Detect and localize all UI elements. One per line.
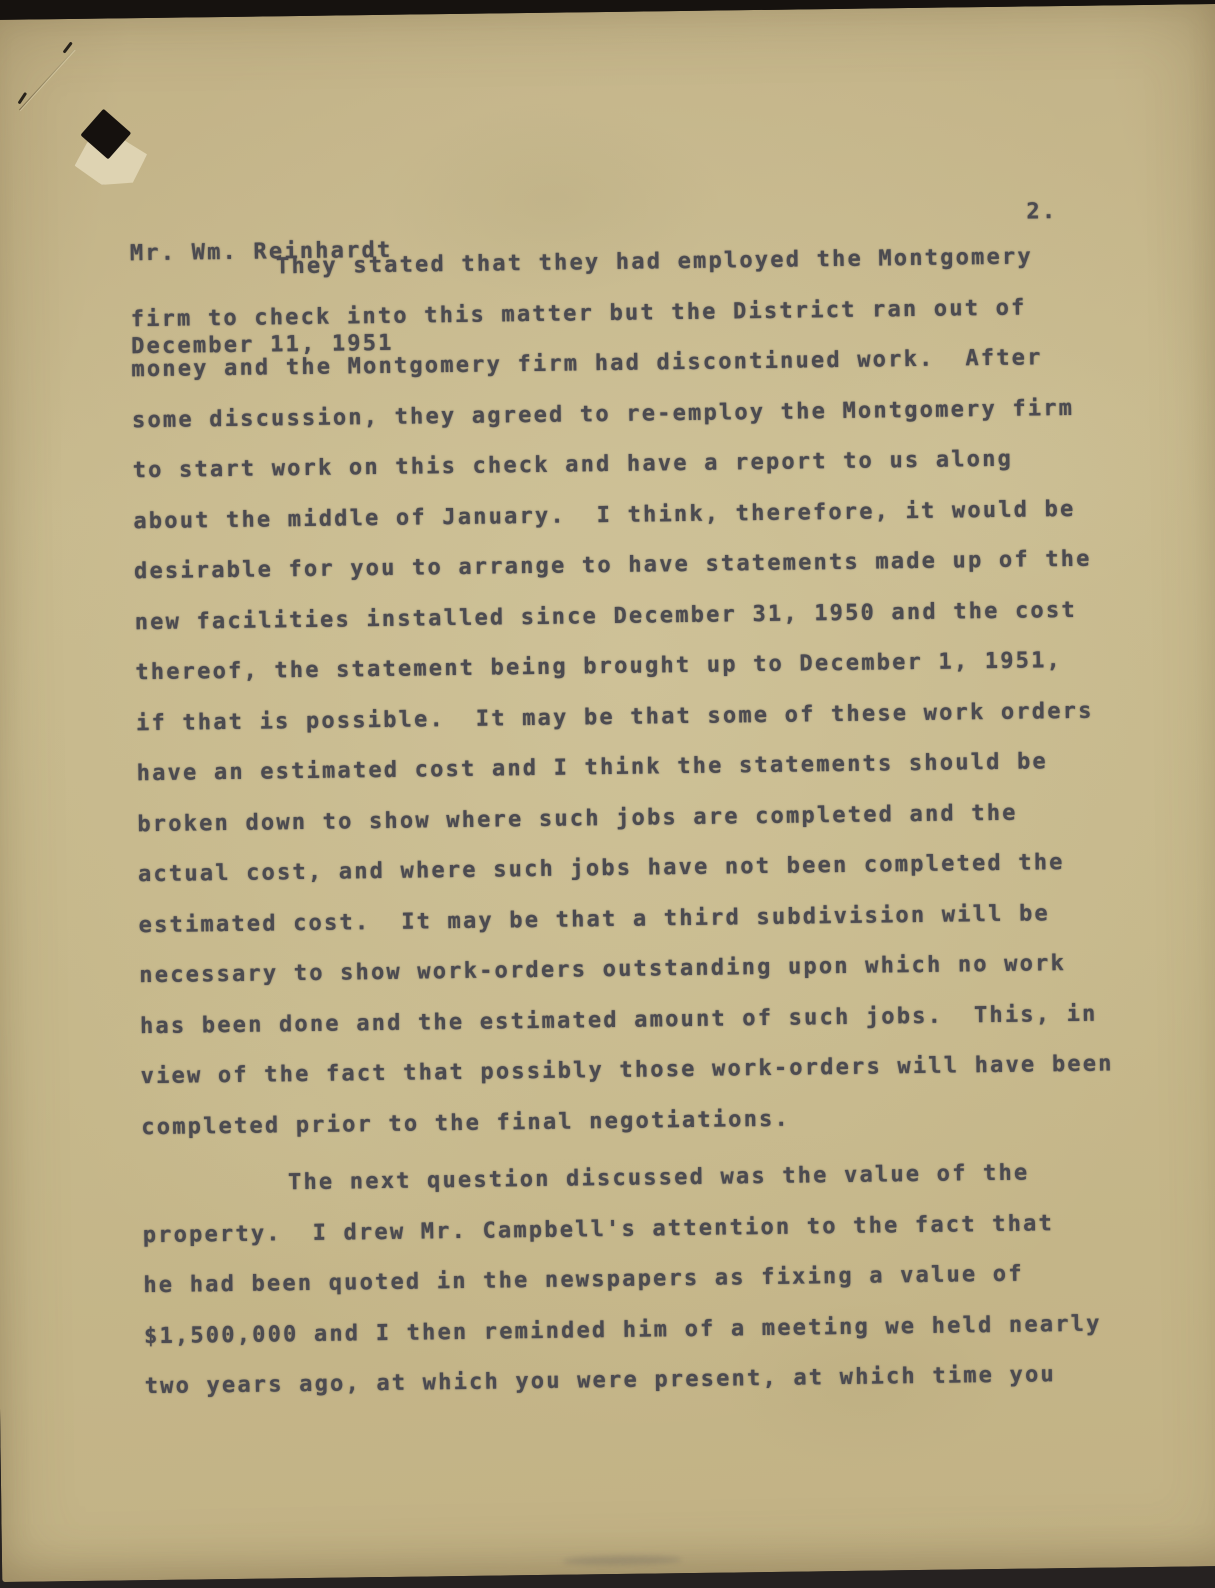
letter-page: Mr. Wm. Reinhardt December 11, 1951 2. T… bbox=[0, 4, 1215, 1582]
paper-smudge bbox=[562, 1555, 682, 1566]
page-number: 2. bbox=[1026, 196, 1057, 227]
paragraph: They stated that they had employed the M… bbox=[130, 232, 1115, 1154]
paper-crease bbox=[19, 49, 75, 110]
paragraph: The next question discussed was the valu… bbox=[142, 1147, 1118, 1412]
document-body: They stated that they had employed the M… bbox=[130, 232, 1118, 1413]
